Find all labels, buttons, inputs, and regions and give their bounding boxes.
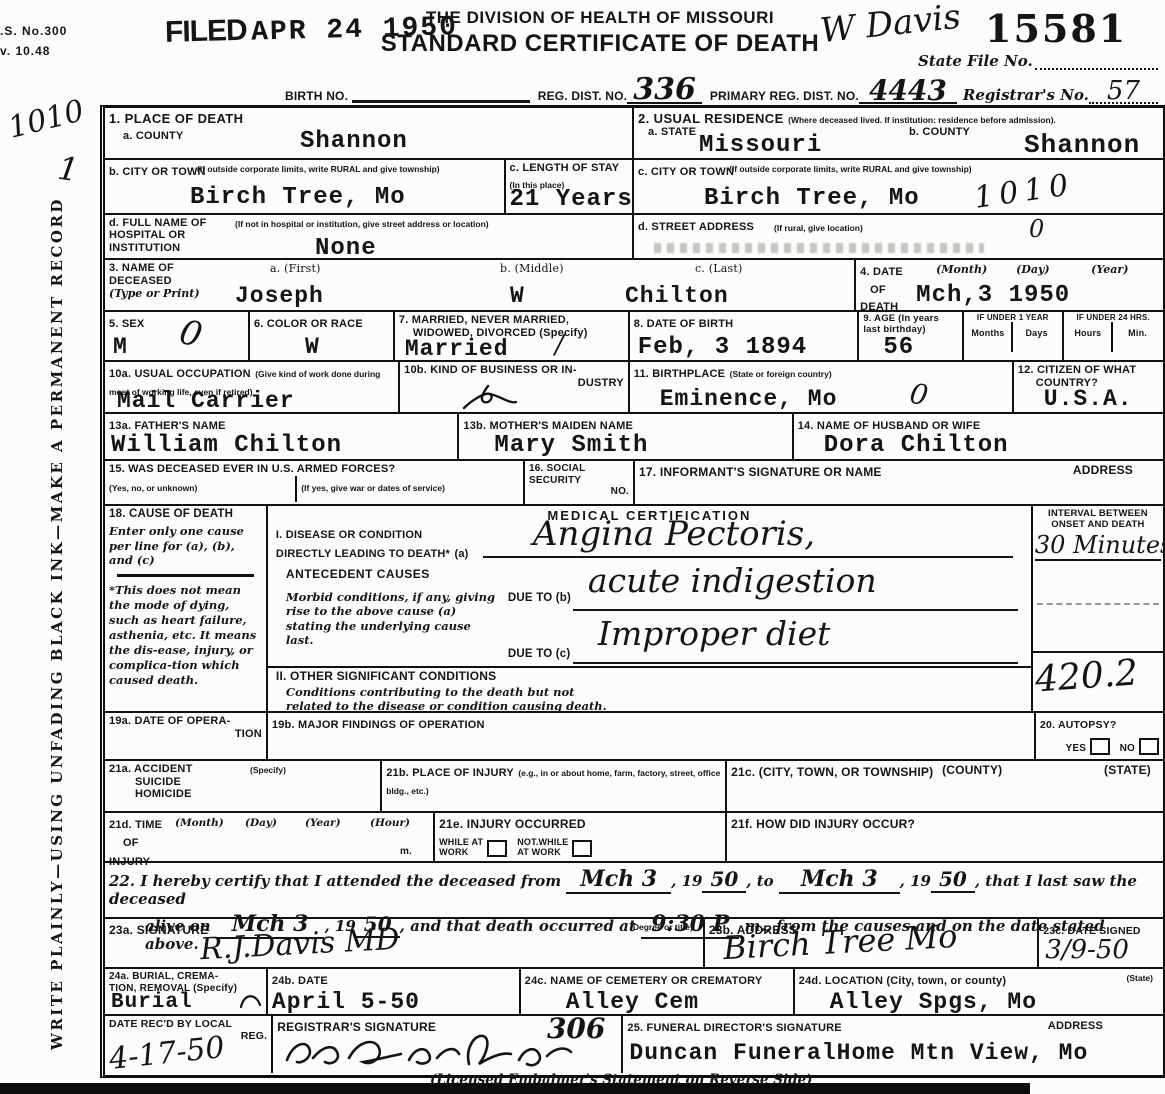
not-while-at-work-label-1: NOT.WHILE xyxy=(517,837,568,847)
death-certificate-scan: .S. No.300 v. 10.48 1010 1 WRITE PLAINLY… xyxy=(0,0,1165,1094)
dod-value[interactable]: Mch,3 1950 xyxy=(916,282,1070,309)
due-c-label: DUE TO (c) xyxy=(508,648,571,661)
margin-handwriting-1: 1 xyxy=(55,149,80,189)
while-at-work-label-1: WHILE AT xyxy=(439,837,483,847)
while-at-work-checkbox[interactable] xyxy=(487,840,507,857)
other-conditions-note-2: related to the disease or condition caus… xyxy=(286,699,607,713)
primary-reg-value[interactable]: 4443 xyxy=(859,80,957,104)
form-title-block: THE DIVISION OF HEALTH OF MISSOURI STAND… xyxy=(370,8,830,58)
mother-label: 13b. MOTHER'S MAIDEN NAME xyxy=(463,420,633,432)
section-burial-location: 24d. LOCATION (City, town, or county) (S… xyxy=(795,969,1163,1014)
birth-no-blank[interactable] xyxy=(352,86,530,103)
section-date-of-death: 4. DATE OF DEATH (Month) (Day) (Year) Mc… xyxy=(856,260,1163,310)
residence-city-code[interactable]: 1010 xyxy=(972,167,1076,216)
accident-label-1: 21a. ACCIDENT xyxy=(109,763,376,776)
ssn-label-2: NO. xyxy=(529,486,629,498)
section-spouse: 14. NAME OF HUSBAND OR WIFE Dora Chilton xyxy=(794,414,1163,459)
row-operation: 19a. DATE OF OPERA- TION 19b. MAJOR FIND… xyxy=(105,713,1163,761)
armed-forces-note-1: (Yes, no, or unknown) xyxy=(109,483,197,493)
street-smudge xyxy=(654,243,984,253)
certify-y2-value[interactable]: 50 xyxy=(931,867,975,893)
section-physician-signature: 23a. SIGNATURE (Degree or title) R.J.Dav… xyxy=(105,919,705,967)
injury-hour-label: (Hour) xyxy=(370,817,410,829)
injury-occurred-label: 21e. INJURY OCCURRED xyxy=(439,817,586,831)
name-note: (Type or Print) xyxy=(109,287,229,300)
section-operation-date: 19a. DATE OF OPERA- TION xyxy=(105,713,268,759)
operation-date-label-1: 19a. DATE OF OPERA- xyxy=(109,715,262,728)
citizen-value[interactable]: U.S.A. xyxy=(1044,386,1133,412)
residence-title-note: (Where deceased lived. If institution: r… xyxy=(788,115,1056,125)
section-autopsy: 20. AUTOPSY? YES NO xyxy=(1036,713,1163,759)
section-funeral-director: 25. FUNERAL DIRECTOR'S SIGNATURE ADDRESS… xyxy=(623,1016,1163,1073)
dob-label: 8. DATE OF BIRTH xyxy=(634,318,734,330)
marital-label-1: 7. MARRIED, NEVER MARRIED, xyxy=(399,314,624,327)
stay-label: c. LENGTH OF STAY xyxy=(510,162,628,175)
disease-a-label: (a) xyxy=(454,548,468,560)
street-code[interactable]: 0 xyxy=(1029,215,1044,243)
autopsy-no-label: NO xyxy=(1120,743,1135,754)
due-b-label: DUE TO (b) xyxy=(508,592,571,605)
funeral-address-label: ADDRESS xyxy=(1048,1020,1103,1033)
certificate-number: 15581 xyxy=(985,6,1127,51)
hospital-note: (If not in hospital or institution, give… xyxy=(235,219,615,229)
cause-label: 18. CAUSE OF DEATH xyxy=(109,508,262,521)
row-service-informant: 15. WAS DECEASED EVER IN U.S. ARMED FORC… xyxy=(105,461,1163,506)
hours-label: Hours xyxy=(1074,328,1101,338)
section-cemetery: 24c. NAME OF CEMETERY OR CREMATORY Alley… xyxy=(521,969,795,1014)
accident-note: (Specify) xyxy=(250,765,286,775)
ssn-label-1: 16. SOCIAL SECURITY xyxy=(529,463,629,486)
burial-location-state-label: (State) xyxy=(1127,973,1153,983)
section-ssn: 16. SOCIAL SECURITY NO. xyxy=(525,461,635,504)
section-medical-certification: MEDICAL CERTIFICATION I. DISEASE OR COND… xyxy=(268,506,1033,711)
registration-row: BIRTH NO. REG. DIST. NO. 336 PRIMARY REG… xyxy=(285,78,1158,104)
row-occupation-birthplace: 10a. USUAL OCCUPATION (Give kind of work… xyxy=(105,362,1163,414)
residence-state-label: a. STATE xyxy=(648,126,696,139)
injury-state-label: (STATE) xyxy=(1104,764,1151,778)
months-label: Months xyxy=(971,328,1004,338)
section-age: 9. AGE (In years last birthday) 56 xyxy=(859,312,964,360)
section-interval: INTERVAL BETWEEN ONSET AND DEATH 30 Minu… xyxy=(1033,506,1163,711)
birth-no-label: BIRTH NO. xyxy=(285,90,348,104)
last-label: c. (Last) xyxy=(695,263,742,276)
burial-location-value[interactable]: Alley Spgs, Mo xyxy=(830,989,1037,1015)
operation-findings-label: 19b. MAJOR FINDINGS OF OPERATION xyxy=(272,719,485,731)
armed-forces-label: 15. WAS DECEASED EVER IN U.S. ARMED FORC… xyxy=(105,461,523,476)
middle-label: b. (Middle) xyxy=(500,263,564,276)
first-name-value[interactable]: Joseph xyxy=(235,283,324,309)
row-cause-of-death: 18. CAUSE OF DEATH Enter only one cause … xyxy=(105,506,1163,713)
days-label: Days xyxy=(1025,328,1047,338)
registrar-no-value[interactable]: 57 xyxy=(1089,81,1158,104)
informant-label: 17. INFORMANT'S SIGNATURE OR NAME xyxy=(639,465,882,479)
street-note: (If rural, give location) xyxy=(774,223,863,233)
margin-handwriting-1010: 1010 xyxy=(5,93,88,145)
row-accident: 21a. ACCIDENT SUICIDE HOMICIDE (Specify)… xyxy=(105,761,1163,813)
certify-from-value[interactable]: Mch 3 xyxy=(566,866,671,894)
certify-y1-pre: , 19 xyxy=(671,872,702,890)
stay-value[interactable]: 21 Years xyxy=(510,186,633,213)
cause-note-1: Enter only one cause per line for (a), (… xyxy=(109,524,262,567)
burial-date-value[interactable]: April 5-50 xyxy=(272,989,420,1015)
marital-value[interactable]: Married xyxy=(405,336,509,362)
birthplace-label: 11. BIRTHPLACE xyxy=(634,368,725,380)
dod-year-label: (Year) xyxy=(1091,263,1128,276)
section-under-24-hrs: IF UNDER 24 HRS. Hours Min. xyxy=(1064,312,1163,360)
signature-degree-note: (Degree or title) xyxy=(630,922,693,932)
signature-label: 23a. SIGNATURE xyxy=(109,923,208,937)
section-marital: 7. MARRIED, NEVER MARRIED, WIDOWED, DIVO… xyxy=(395,312,630,360)
section-informant: 17. INFORMANT'S SIGNATURE OR NAME ADDRES… xyxy=(635,461,1163,504)
street-label: d. STREET ADDRESS xyxy=(638,221,754,233)
cause-code[interactable]: 420.2 xyxy=(1034,650,1165,700)
section-physician-address: 23b. ADDRESS Birch Tree Mo xyxy=(705,919,1039,967)
section-mother: 13b. MOTHER'S MAIDEN NAME Mary Smith xyxy=(459,414,793,459)
spouse-value[interactable]: Dora Chilton xyxy=(824,432,1009,459)
registrar-no-label: Registrar's No. xyxy=(963,86,1089,104)
mother-value[interactable]: Mary Smith xyxy=(494,432,648,459)
middle-name-value[interactable]: W xyxy=(510,283,525,309)
certify-y2-pre: , 19 xyxy=(900,872,931,890)
section-date-signed: 23c. DATE SIGNED 3/9-50 xyxy=(1039,919,1163,967)
section-injury-occurred: 21e. INJURY OCCURRED WHILE AT WORK NOT.W… xyxy=(435,813,727,861)
section-how-injury: 21f. HOW DID INJURY OCCUR? xyxy=(727,813,1163,861)
sex-code[interactable]: 0 xyxy=(175,312,206,356)
injury-month-label: (Month) xyxy=(175,817,224,829)
cause-b-value[interactable]: acute indigestion xyxy=(588,561,877,600)
last-name-value[interactable]: Chilton xyxy=(625,283,729,309)
section-under-1-year: IF UNDER 1 YEAR Months Days xyxy=(964,312,1063,360)
row-injury-time: 21d. TIME OF INJURY (Month) (Day) (Year)… xyxy=(105,813,1163,863)
state-file-blank[interactable] xyxy=(1035,52,1158,70)
other-conditions-label: II. OTHER SIGNIFICANT CONDITIONS xyxy=(276,670,496,684)
antecedent-label: ANTECEDENT CAUSES xyxy=(286,568,430,582)
section-occupation: 10a. USUAL OCCUPATION (Give kind of work… xyxy=(105,362,400,412)
reg-dist-label: REG. DIST. NO. xyxy=(538,90,627,104)
burial-type-value[interactable]: Burial xyxy=(111,991,193,1014)
father-label: 13a. FATHER'S NAME xyxy=(109,420,226,432)
certify-y1-value[interactable]: 50 xyxy=(702,867,746,893)
physician-signature[interactable]: R.J.Davis MD xyxy=(199,922,400,967)
residence-county-label: b. COUNTY xyxy=(909,126,970,139)
date-received-label-1: DATE REC'D BY LOCAL xyxy=(109,1018,267,1030)
other-conditions-note-1: Conditions contributing to the death but… xyxy=(286,685,575,699)
injury-city-label: 21c. (CITY, TOWN, OR TOWNSHIP) xyxy=(731,765,933,779)
interval-value[interactable]: 30 Minutes xyxy=(1035,531,1165,559)
row-certification: 22. I hereby certify that I attended the… xyxy=(105,863,1163,919)
section-registrar-signature: REGISTRAR'S SIGNATURE 306 xyxy=(273,1016,623,1073)
dod-month-label: (Month) xyxy=(936,263,987,276)
name-label: 3. NAME OF DECEASED xyxy=(109,262,229,287)
burial-location-label: 24d. LOCATION (City, town, or county) xyxy=(799,975,1006,987)
dob-value[interactable]: Feb, 3 1894 xyxy=(638,334,807,361)
dod-label-1: 4. DATE xyxy=(860,266,903,278)
certificate-form: 1. PLACE OF DEATH a. COUNTY Shannon b. C… xyxy=(100,105,1165,1078)
section-usual-residence: 2. USUAL RESIDENCE (Where deceased lived… xyxy=(634,108,1163,258)
disease-label-2: DIRECTLY LEADING TO DEATH* xyxy=(276,548,450,560)
form-code: .S. No.300 xyxy=(0,24,67,38)
burial-date-label: 24b. DATE xyxy=(272,975,328,987)
county-value[interactable]: Shannon xyxy=(300,128,408,155)
section-citizen: 12. CITIZEN OF WHAT COUNTRY? U.S.A. xyxy=(1014,362,1163,412)
informant-address-label: ADDRESS xyxy=(1073,464,1133,478)
certify-part-1: I hereby certify that I attended the dec… xyxy=(140,872,561,890)
section-sex: 5. SEX M 0 xyxy=(105,312,250,360)
certificate-title: STANDARD CERTIFICATE OF DEATH xyxy=(370,30,830,58)
marital-mark[interactable]: / xyxy=(555,330,564,360)
state-file-label: State File No. xyxy=(918,52,1033,70)
injury-place-label: 21b. PLACE OF INJURY xyxy=(386,767,514,779)
section-armed-forces: 15. WAS DECEASED EVER IN U.S. ARMED FORC… xyxy=(105,461,525,504)
injury-county-label: (COUNTY) xyxy=(942,764,1002,778)
section-injury-city: 21c. (CITY, TOWN, OR TOWNSHIP) (COUNTY) … xyxy=(727,761,1163,811)
section-cause-notes: 18. CAUSE OF DEATH Enter only one cause … xyxy=(105,506,268,711)
section-race: 6. COLOR OR RACE W xyxy=(250,312,395,360)
row-place-residence: 1. PLACE OF DEATH a. COUNTY Shannon b. C… xyxy=(105,108,1163,260)
row-registrar: DATE REC'D BY LOCAL REG. 4-17-50 REGISTR… xyxy=(105,1016,1163,1073)
filed-stamp-word: FILED xyxy=(165,14,248,49)
division-title: THE DIVISION OF HEALTH OF MISSOURI xyxy=(370,8,830,28)
date-signed-value[interactable]: 3/9-50 xyxy=(1045,935,1129,965)
antecedent-note: Morbid conditions, if any, giving rise t… xyxy=(286,590,501,648)
burial-pen-mark xyxy=(238,989,264,1009)
while-at-work-label-2: WORK xyxy=(439,847,468,857)
section-birthplace: 11. BIRTHPLACE (State or foreign country… xyxy=(630,362,1014,412)
certify-part-2: , to xyxy=(746,872,773,890)
row-burial: 24a. BURIAL, CREMA- TION, REMOVAL (Speci… xyxy=(105,969,1163,1016)
certify-no: 22. xyxy=(109,872,135,890)
injury-time-label-2: OF xyxy=(123,837,139,849)
accident-label-2: SUICIDE xyxy=(135,776,376,789)
residence-state-value[interactable]: Missouri xyxy=(699,132,822,159)
state-file-no: State File No. xyxy=(918,52,1158,70)
funeral-director-value[interactable]: Duncan FuneralHome Mtn View, Mo xyxy=(629,1040,1088,1066)
row-sex-race-marital: 5. SEX M 0 6. COLOR OR RACE W 7. MARRIED… xyxy=(105,312,1163,362)
cause-a-value[interactable]: Angina Pectoris, xyxy=(533,514,815,554)
residence-title: 2. USUAL RESIDENCE xyxy=(638,111,784,126)
citizen-label-1: 12. CITIZEN OF WHAT xyxy=(1018,364,1159,377)
autopsy-no-checkbox[interactable] xyxy=(1139,738,1159,755)
disease-label-1: I. DISEASE OR CONDITION xyxy=(276,529,422,541)
cause-c-value[interactable]: Improper diet xyxy=(598,614,830,653)
occupation-value[interactable]: Mail Carrier xyxy=(117,388,295,414)
spouse-label: 14. NAME OF HUSBAND OR WIFE xyxy=(798,420,981,432)
autopsy-yes-label: YES xyxy=(1065,743,1086,754)
residence-city-value[interactable]: Birch Tree, Mo xyxy=(704,185,920,212)
cause-note-divider xyxy=(117,574,254,577)
min-label: Min. xyxy=(1128,328,1147,338)
race-value[interactable]: W xyxy=(305,334,320,360)
row-name-dod: 3. NAME OF DECEASED (Type or Print) a. (… xyxy=(105,260,1163,312)
form-revision: v. 10.48 xyxy=(0,44,50,58)
residence-city-note: (If outside corporate limits, write RURA… xyxy=(729,164,1059,174)
under24-label: IF UNDER 24 HRS. xyxy=(1065,313,1162,322)
business-pen-mark[interactable] xyxy=(460,384,520,410)
cemetery-label: 24c. NAME OF CEMETERY OR CREMATORY xyxy=(525,975,763,987)
operation-date-label-2: TION xyxy=(109,728,262,741)
autopsy-yes-checkbox[interactable] xyxy=(1090,738,1110,755)
age-value[interactable]: 56 xyxy=(883,334,914,361)
city-value[interactable]: Birch Tree, Mo xyxy=(190,184,406,211)
reg-dist-value[interactable]: 336 xyxy=(627,78,702,104)
row-signature: 23a. SIGNATURE (Degree or title) R.J.Dav… xyxy=(105,919,1163,969)
residence-county-value[interactable]: Shannon xyxy=(1024,130,1140,160)
margin-instruction: WRITE PLAINLY—USING UNFADING BLACK INK—M… xyxy=(48,188,78,1050)
armed-forces-note-2: (If yes, give war or dates of service) xyxy=(301,483,445,493)
hospital-label: d. FULL NAME OF HOSPITAL OR INSTITUTION xyxy=(109,217,229,255)
accident-label-3: HOMICIDE xyxy=(135,788,376,801)
section-place-of-death: 1. PLACE OF DEATH a. COUNTY Shannon b. C… xyxy=(105,108,634,258)
city-label: b. CITY OR TOWN xyxy=(109,166,206,178)
burial-label-1: 24a. BURIAL, CREMA- xyxy=(109,971,262,983)
interval-label-2: ONSET AND DEATH xyxy=(1033,520,1163,531)
section-accident-type: 21a. ACCIDENT SUICIDE HOMICIDE (Specify) xyxy=(105,761,382,811)
dod-day-label: (Day) xyxy=(1016,263,1049,276)
dod-label-2: OF xyxy=(870,284,886,296)
section-burial-type: 24a. BURIAL, CREMA- TION, REMOVAL (Speci… xyxy=(105,969,268,1014)
section-operation-findings: 19b. MAJOR FINDINGS OF OPERATION xyxy=(268,713,1036,759)
not-while-at-work-label-2: AT WORK xyxy=(517,847,561,857)
occupation-label: 10a. USUAL OCCUPATION xyxy=(109,368,251,380)
hospital-value[interactable]: None xyxy=(315,235,377,262)
under1-label: IF UNDER 1 YEAR xyxy=(965,313,1060,322)
father-value[interactable]: William Chilton xyxy=(111,432,342,459)
race-label: 6. COLOR OR RACE xyxy=(254,318,363,330)
primary-reg-label: PRIMARY REG. DIST. NO. xyxy=(710,90,859,104)
section-injury-time: 21d. TIME OF INJURY (Month) (Day) (Year)… xyxy=(105,813,435,861)
row-family: 13a. FATHER'S NAME William Chilton 13b. … xyxy=(105,414,1163,461)
birthplace-note: (State or foreign country) xyxy=(730,369,832,379)
section-name: 3. NAME OF DECEASED (Type or Print) a. (… xyxy=(105,260,856,310)
city-note: (If outside corporate limits, write RURA… xyxy=(197,164,467,174)
section-dob: 8. DATE OF BIRTH Feb, 3 1894 xyxy=(630,312,860,360)
section-business: 10b. KIND OF BUSINESS OR IN- DUSTRY xyxy=(400,362,630,412)
section-burial-date: 24b. DATE April 5-50 xyxy=(268,969,521,1014)
place-of-death-title: 1. PLACE OF DEATH xyxy=(109,111,243,126)
autopsy-label: 20. AUTOPSY? xyxy=(1040,719,1117,731)
injury-day-label: (Day) xyxy=(245,817,277,829)
business-label-1: 10b. KIND OF BUSINESS OR IN- xyxy=(404,364,624,377)
top-handwritten-signature: W Davis xyxy=(818,0,962,51)
registrar-signature-scrawl[interactable] xyxy=(279,1030,579,1070)
section-date-received: DATE REC'D BY LOCAL REG. 4-17-50 xyxy=(105,1016,273,1073)
residence-city-label: c. CITY OR TOWN xyxy=(638,166,734,178)
section-father: 13a. FATHER'S NAME William Chilton xyxy=(105,414,459,459)
first-label: a. (First) xyxy=(270,263,321,276)
injury-year-label: (Year) xyxy=(305,817,341,829)
sex-label: 5. SEX xyxy=(109,318,144,330)
cause-note-2: *This does not mean the mode of dying, s… xyxy=(109,583,262,688)
birthplace-code[interactable]: 0 xyxy=(907,377,930,413)
not-while-at-work-checkbox[interactable] xyxy=(572,840,592,857)
birthplace-value[interactable]: Eminence, Mo xyxy=(660,386,838,412)
funeral-director-label: 25. FUNERAL DIRECTOR'S SIGNATURE xyxy=(627,1022,841,1034)
sex-value[interactable]: M xyxy=(113,334,128,360)
scan-edge-bar xyxy=(0,1083,1030,1094)
injury-m-label: m. xyxy=(400,846,412,858)
how-injury-label: 21f. HOW DID INJURY OCCUR? xyxy=(731,817,915,831)
injury-time-label-1: 21d. TIME xyxy=(109,819,162,831)
certify-to-value[interactable]: Mch 3 xyxy=(779,866,900,894)
section-injury-place: 21b. PLACE OF INJURY (e.g., in or about … xyxy=(382,761,727,811)
